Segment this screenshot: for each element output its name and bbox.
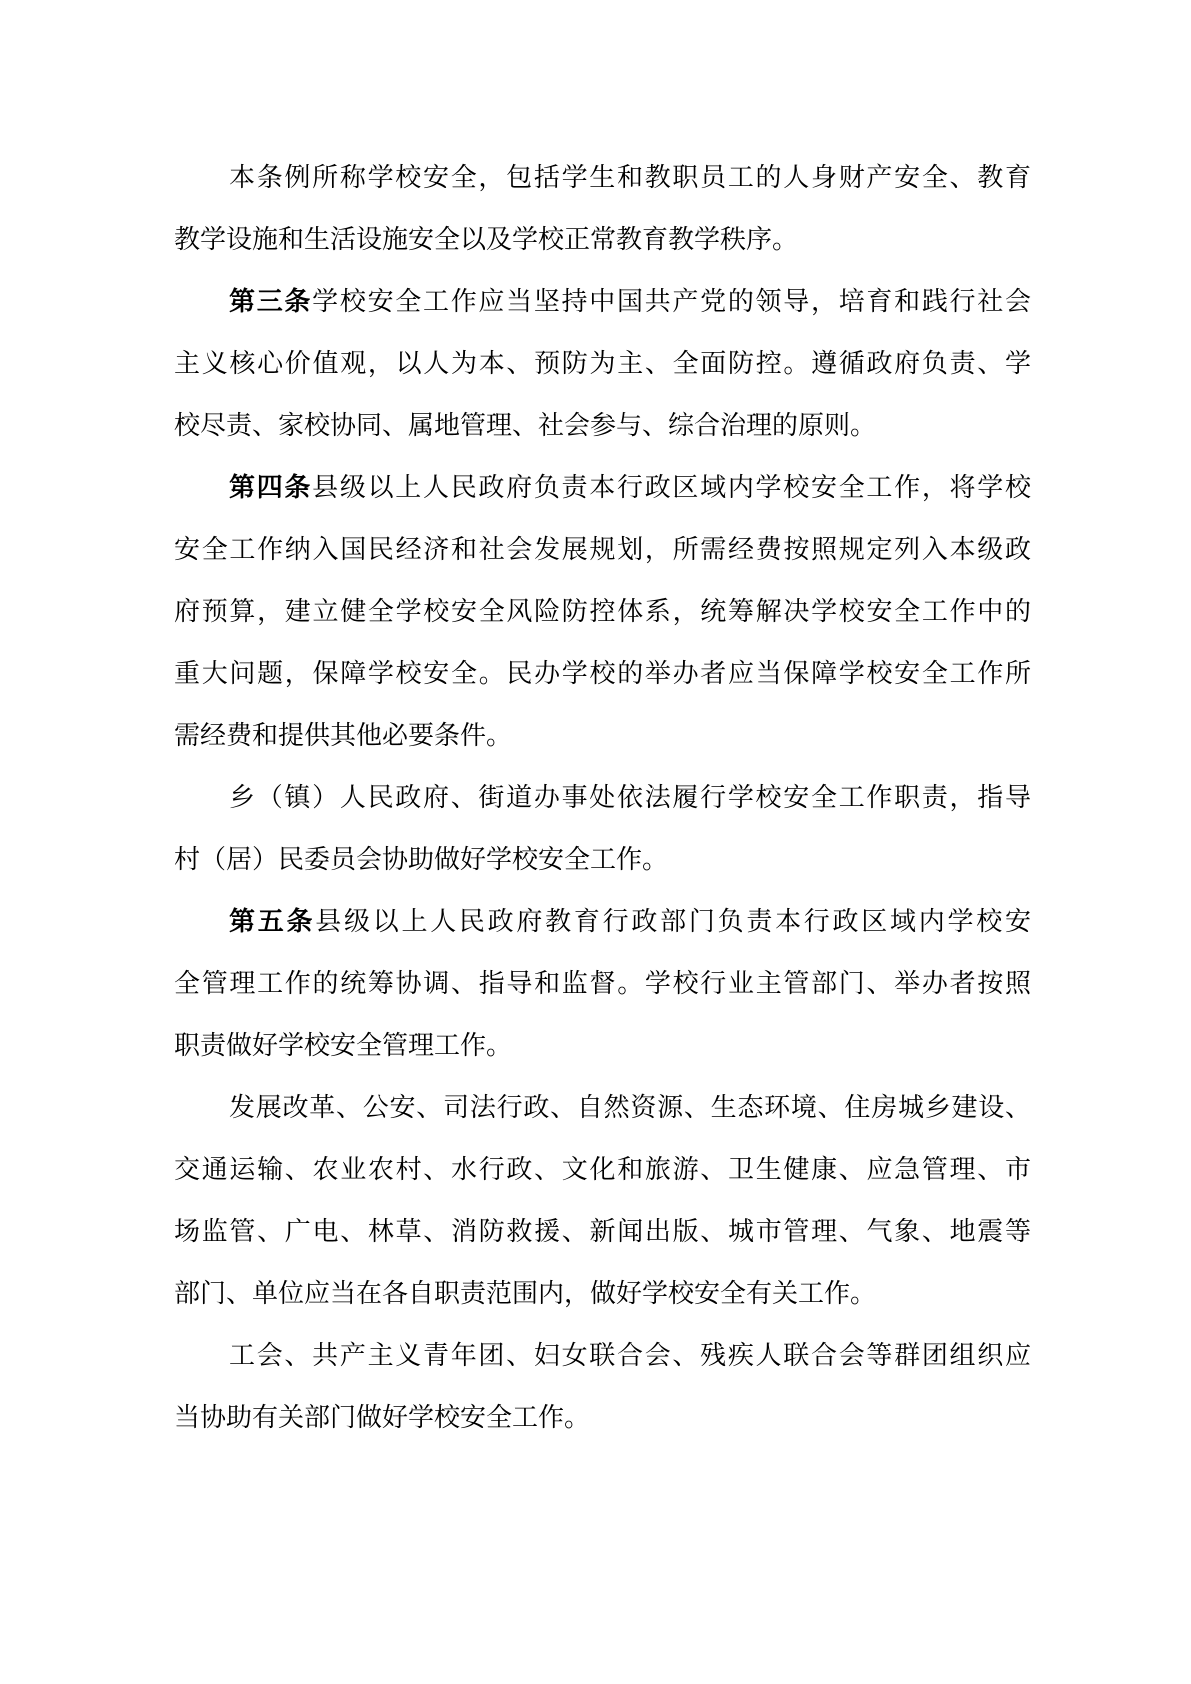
text-line: 重大问题，保障学校安全。民办学校的举办者应当保障学校安全工作所 — [174, 642, 1031, 704]
text-paragraph: 发展改革、公安、司法行政、自然资源、生态环境、住房城乡建设、交通运输、农业农村、… — [174, 1076, 1031, 1324]
text-line: 当协助有关部门做好学校安全工作。 — [174, 1386, 1031, 1448]
line-text: 县级以上人民政府教育行政部门负责本行政区域内学校安 — [315, 906, 1031, 936]
text-line: 场监管、广电、林草、消防救援、新闻出版、城市管理、气象、地震等 — [174, 1200, 1031, 1262]
text-paragraph: 第三条学校安全工作应当坚持中国共产党的领导，培育和践行社会主义核心价值观，以人为… — [174, 270, 1031, 456]
text-line: 工会、共产主义青年团、妇女联合会、残疾人联合会等群团组织应 — [174, 1324, 1031, 1386]
text-line: 需经费和提供其他必要条件。 — [174, 704, 1031, 766]
text-line: 交通运输、农业农村、水行政、文化和旅游、卫生健康、应急管理、市 — [174, 1138, 1031, 1200]
text-line: 职责做好学校安全管理工作。 — [174, 1014, 1031, 1076]
text-line: 第三条学校安全工作应当坚持中国共产党的领导，培育和践行社会 — [174, 270, 1031, 332]
text-paragraph: 本条例所称学校安全，包括学生和教职员工的人身财产安全、教育教学设施和生活设施安全… — [174, 146, 1031, 270]
text-paragraph: 乡（镇）人民政府、街道办事处依法履行学校安全工作职责，指导村（居）民委员会协助做… — [174, 766, 1031, 890]
article-number: 第五条 — [229, 906, 315, 936]
text-paragraph: 第四条县级以上人民政府负责本行政区域内学校安全工作，将学校安全工作纳入国民经济和… — [174, 456, 1031, 766]
article-number: 第三条 — [229, 286, 312, 316]
text-content: 本条例所称学校安全，包括学生和教职员工的人身财产安全、教育教学设施和生活设施安全… — [174, 146, 1031, 1448]
text-line: 教学设施和生活设施安全以及学校正常教育教学秩序。 — [174, 208, 1031, 270]
text-line: 发展改革、公安、司法行政、自然资源、生态环境、住房城乡建设、 — [174, 1076, 1031, 1138]
text-line: 主义核心价值观，以人为本、预防为主、全面防控。遵循政府负责、学 — [174, 332, 1031, 394]
document-page: 本条例所称学校安全，包括学生和教职员工的人身财产安全、教育教学设施和生活设施安全… — [0, 0, 1191, 1684]
line-text: 学校安全工作应当坚持中国共产党的领导，培育和践行社会 — [312, 286, 1031, 316]
text-line: 全管理工作的统筹协调、指导和监督。学校行业主管部门、举办者按照 — [174, 952, 1031, 1014]
line-text: 县级以上人民政府负责本行政区域内学校安全工作，将学校 — [312, 472, 1031, 502]
text-line: 第四条县级以上人民政府负责本行政区域内学校安全工作，将学校 — [174, 456, 1031, 518]
text-line: 乡（镇）人民政府、街道办事处依法履行学校安全工作职责，指导 — [174, 766, 1031, 828]
text-line: 部门、单位应当在各自职责范围内，做好学校安全有关工作。 — [174, 1262, 1031, 1324]
text-paragraph: 工会、共产主义青年团、妇女联合会、残疾人联合会等群团组织应当协助有关部门做好学校… — [174, 1324, 1031, 1448]
text-line: 村（居）民委员会协助做好学校安全工作。 — [174, 828, 1031, 890]
text-line: 安全工作纳入国民经济和社会发展规划，所需经费按照规定列入本级政 — [174, 518, 1031, 580]
text-line: 本条例所称学校安全，包括学生和教职员工的人身财产安全、教育 — [174, 146, 1031, 208]
text-line: 校尽责、家校协同、属地管理、社会参与、综合治理的原则。 — [174, 394, 1031, 456]
text-paragraph: 第五条县级以上人民政府教育行政部门负责本行政区域内学校安全管理工作的统筹协调、指… — [174, 890, 1031, 1076]
text-line: 府预算，建立健全学校安全风险防控体系，统筹解决学校安全工作中的 — [174, 580, 1031, 642]
article-number: 第四条 — [229, 472, 312, 502]
text-line: 第五条县级以上人民政府教育行政部门负责本行政区域内学校安 — [174, 890, 1031, 952]
